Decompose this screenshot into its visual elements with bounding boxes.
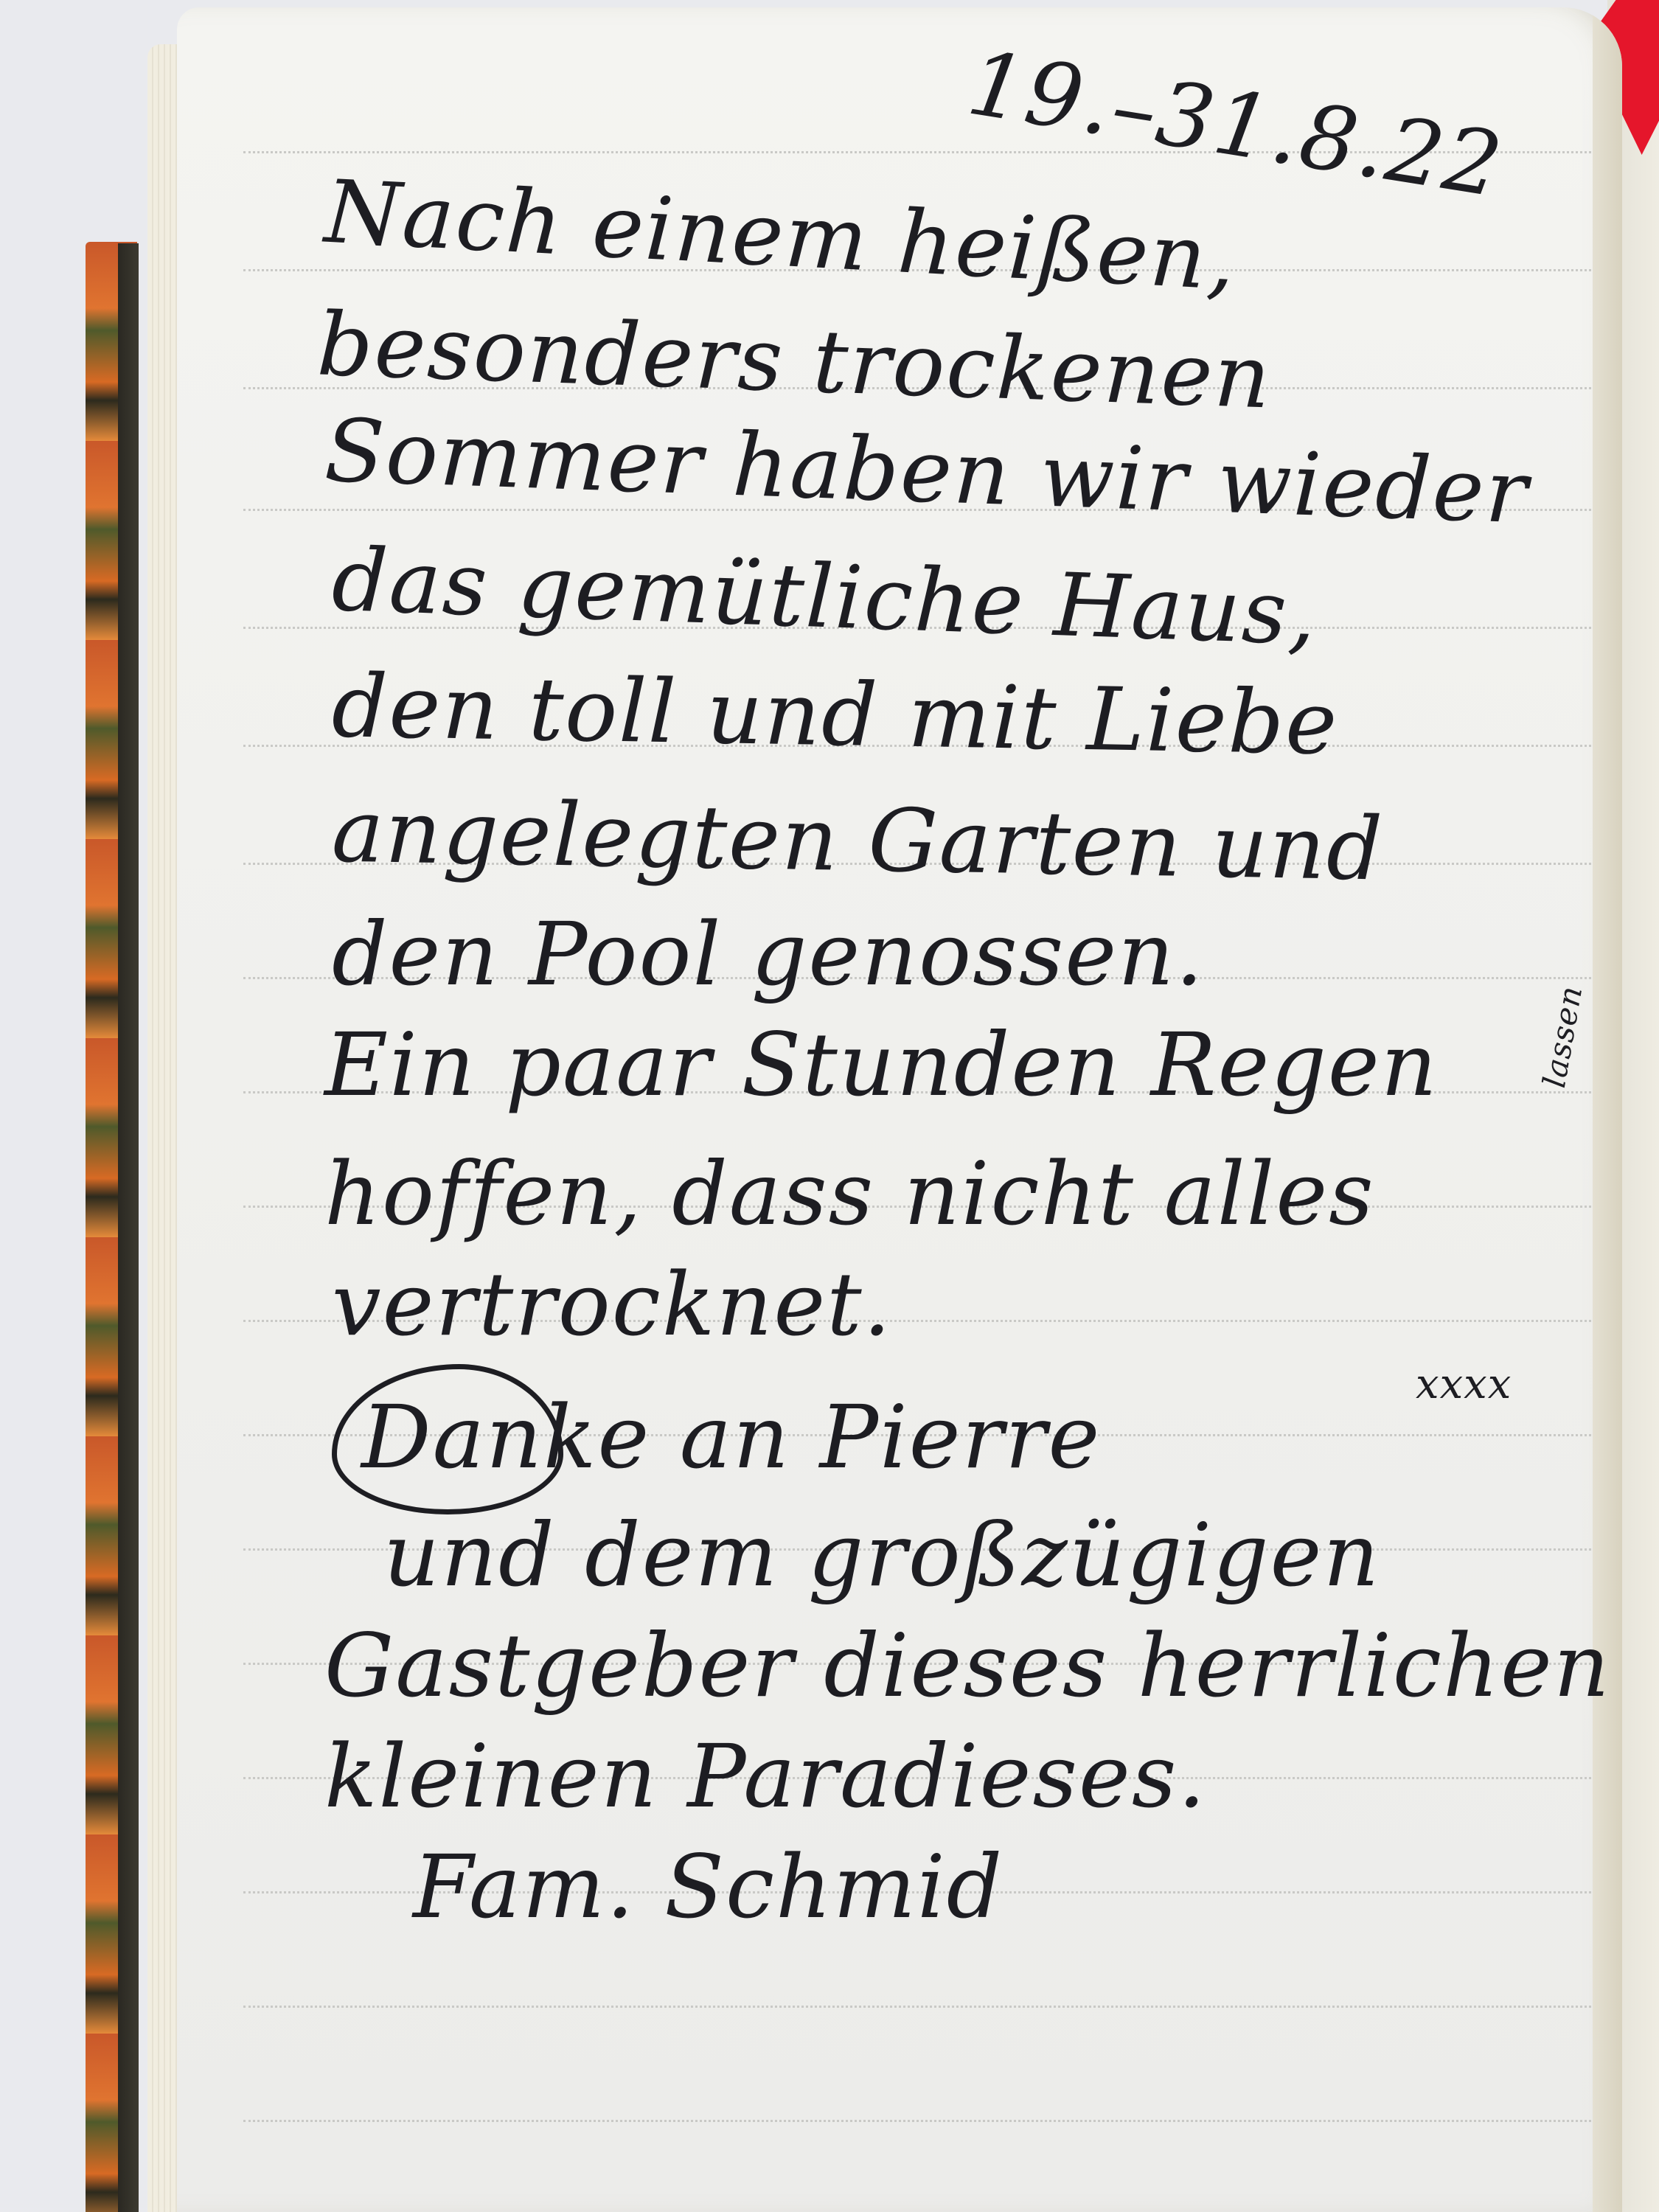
cover-shadow [118,243,139,2212]
entry-line: Gastgeber dieses herrlichen [324,1622,1611,1709]
entry-line: Sommer haben wir wieder [323,407,1530,536]
margin-note: lassen [1539,984,1587,1091]
entry-line: Ein paar Stunden Regen [324,1021,1439,1108]
ruled-line [243,2120,1600,2122]
signature: Fam. Schmid [413,1843,1004,1930]
entry-line: Nach einem heißen, [323,168,1239,303]
entry-line: den toll und mit Liebe [331,662,1339,767]
page-gutter [1593,7,1622,2212]
entry-line: hoffen, dass nicht alles [324,1150,1375,1237]
entry-line: angelegten Garten und [331,787,1385,893]
ruled-line [243,2006,1600,2008]
entry-line: das gemütliche Haus, [330,536,1318,658]
entry-line: und dem großzügigen [383,1512,1380,1599]
entry-date: 19.–31.8.22 [962,40,1509,212]
entry-line: besonders trockenen [316,300,1273,420]
notebook-page: 19.–31.8.22 Nach einem heißen, besonders… [177,7,1622,2212]
entry-line: den Pool genossen. [332,911,1205,998]
kisses-mark: xxxx [1416,1364,1512,1405]
entry-line: vertrocknet. [332,1261,892,1348]
entry-line: kleinen Paradieses. [324,1733,1207,1820]
entry-line-with-heart: Danke an Pierre [361,1394,1101,1481]
